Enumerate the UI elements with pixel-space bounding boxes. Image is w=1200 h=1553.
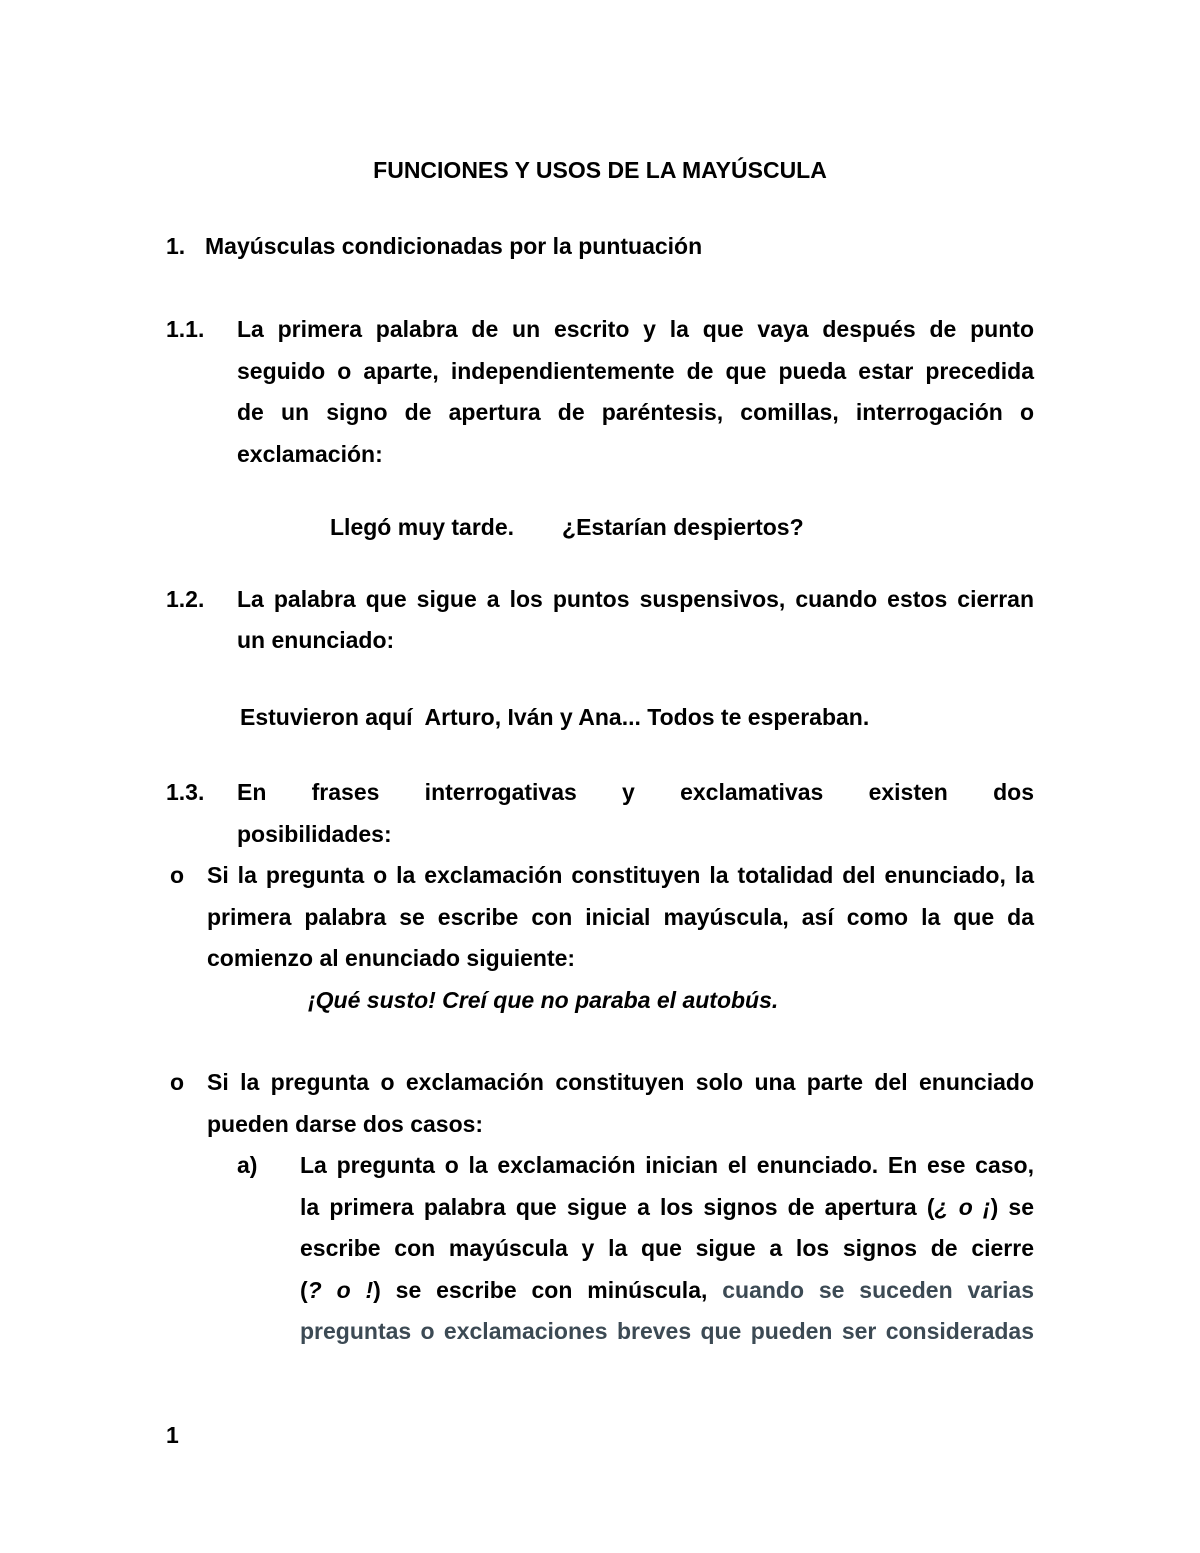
example-sentence-3: ¡Qué susto! Creí que no paraba el autobú… — [308, 980, 1034, 1022]
paragraph-1-3-line: En frases interrogativas y exclamativas … — [237, 772, 1034, 814]
paragraph-1-1-line: seguido o aparte, independientemente de … — [237, 351, 1034, 393]
bullet-1-line: Si la pregunta o la exclamación constitu… — [207, 855, 1034, 897]
example-1-left: Llegó muy tarde. — [330, 507, 514, 549]
paragraph-1-1-line: La primera palabra de un escrito y la qu… — [237, 309, 1034, 351]
section-1-heading: 1. Mayúsculas condicionadas por la puntu… — [166, 226, 1034, 268]
document-title: FUNCIONES Y USOS DE LA MAYÚSCULA — [166, 150, 1034, 192]
bullet-1-line: comienzo al enunciado siguiente: — [207, 938, 1034, 980]
sub-item-a-line4-muted-text: cuando se suceden varias — [707, 1277, 1034, 1303]
bullet-2-line: pueden darse dos casos: — [207, 1104, 1034, 1146]
paragraph-1-2-line: La palabra que sigue a los puntos suspen… — [237, 579, 1034, 621]
sub-item-a-line: escribe con mayúscula y la que sigue a l… — [300, 1228, 1034, 1270]
sub-item-a-line4-text: ) se escribe con minúscula, — [373, 1277, 707, 1303]
bullet-item-2: o Si la pregunta o exclamación constituy… — [166, 1062, 1034, 1145]
sub-item-a-line: (? o !) se escribe con minúscula, cuando… — [300, 1270, 1034, 1312]
bullet-1-marker: o — [170, 855, 184, 897]
paragraph-1-3: 1.3. En frases interrogativas y exclamat… — [166, 772, 1034, 855]
bullet-2-line: Si la pregunta o exclamación constituyen… — [207, 1062, 1034, 1104]
sub-item-a-line: preguntas o exclamaciones breves que pue… — [300, 1311, 1034, 1353]
paragraph-1-2-number: 1.2. — [166, 579, 204, 621]
bullet-2-marker: o — [170, 1062, 184, 1104]
paragraph-1-3-line: posibilidades: — [237, 814, 1034, 856]
paragraph-1-2-line: un enunciado: — [237, 620, 1034, 662]
page-number: 1 — [166, 1415, 1034, 1457]
example-sentence-2: Estuvieron aquí Arturo, Iván y Ana... To… — [240, 697, 1034, 739]
paragraph-1-1-line: de un signo de apertura de paréntesis, c… — [237, 392, 1034, 434]
paragraph-1-1: 1.1. La primera palabra de un escrito y … — [166, 309, 1034, 475]
sub-item-a-line: La pregunta o la exclamación inician el … — [300, 1145, 1034, 1187]
sub-item-a-marker: a) — [237, 1145, 257, 1187]
section-1-heading-text: Mayúsculas condicionadas por la puntuaci… — [205, 233, 702, 259]
bullet-1-line: primera palabra se escribe con inicial m… — [207, 897, 1034, 939]
sub-item-a-line2-end: ) se — [991, 1194, 1034, 1220]
paragraph-1-1-line: exclamación: — [237, 434, 1034, 476]
paragraph-1-3-number: 1.3. — [166, 772, 204, 814]
closing-marks-italic: ? o ! — [308, 1277, 373, 1303]
opening-marks-italic: ¿ o ¡ — [935, 1194, 991, 1220]
document-page: FUNCIONES Y USOS DE LA MAYÚSCULA 1. Mayú… — [0, 0, 1200, 1553]
example-sentence-1: Llegó muy tarde. ¿Estarían despiertos? — [330, 507, 1034, 549]
paren-open: ( — [300, 1277, 308, 1303]
paragraph-1-1-number: 1.1. — [166, 309, 204, 351]
bullet-item-1: o Si la pregunta o la exclamación consti… — [166, 855, 1034, 980]
sub-item-a-line2-text: la primera palabra que sigue a los signo… — [300, 1194, 935, 1220]
sub-item-a: a) La pregunta o la exclamación inician … — [166, 1145, 1034, 1353]
sub-item-a-line: la primera palabra que sigue a los signo… — [300, 1187, 1034, 1229]
paragraph-1-2: 1.2. La palabra que sigue a los puntos s… — [166, 579, 1034, 662]
section-1-number: 1. — [166, 226, 185, 268]
example-1-right: ¿Estarían despiertos? — [562, 507, 804, 549]
